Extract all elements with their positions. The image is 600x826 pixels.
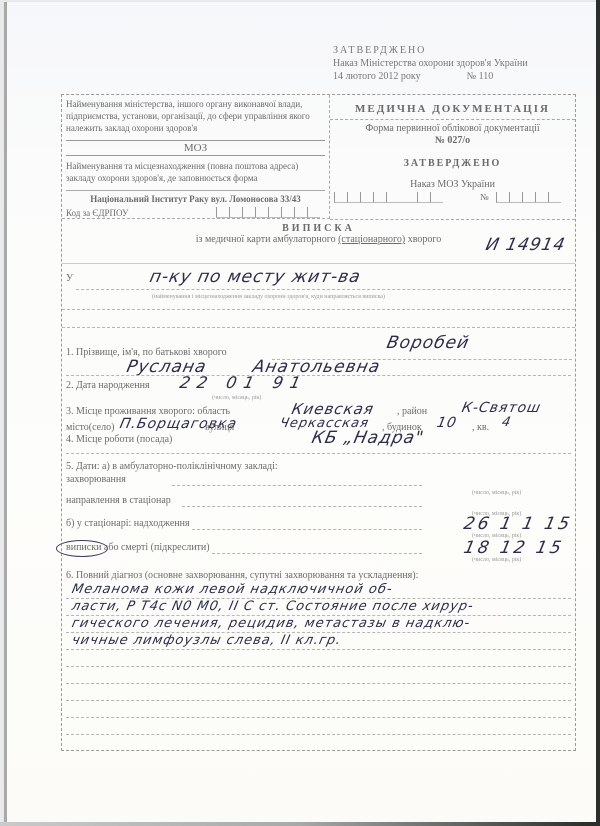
approval-stamp: ЗАТВЕРДЖЕНО Наказ Міністерства охорони з… bbox=[333, 44, 528, 83]
facility-label: Найменування та місцезнаходження (повна … bbox=[66, 160, 325, 184]
referral-label: направлення в стаціонар bbox=[66, 495, 171, 506]
diagnosis-line: чичные лимфоузлы слева, II кл.гр. bbox=[70, 632, 569, 649]
extract-subtitle-underlined: (стаціонарного) bbox=[338, 234, 405, 245]
extract-subtitle-suffix: хворого bbox=[405, 234, 441, 245]
work-value: КБ „Надра" bbox=[310, 428, 426, 448]
medical-docs-title: МЕДИЧНА ДОКУМЕНТАЦІЯ bbox=[330, 103, 575, 120]
form-number: № 027/о bbox=[330, 135, 575, 146]
illness-date-caption: (число, місяць, рік) bbox=[472, 490, 521, 496]
extract-main-title: ВИПИСКА bbox=[62, 223, 575, 234]
dob-label: 2. Дата народження bbox=[66, 380, 150, 391]
apt-label: , кв. bbox=[472, 422, 489, 433]
recipient-caption: (найменування і місцезнаходження закладу… bbox=[152, 294, 385, 300]
admission-date: 26 1 1 15 bbox=[462, 514, 574, 534]
form-approved: ЗАТВЕРДЖЕНО bbox=[330, 158, 575, 169]
edrpou-row: Код за ЄДРПОУ bbox=[66, 207, 325, 219]
dob-value: 22 01 91 bbox=[178, 373, 309, 392]
diagnosis-line: гического лечения, рецидив, метастазы в … bbox=[70, 615, 569, 632]
extract-subtitle-prefix: із медичної карти амбулаторного bbox=[196, 234, 338, 245]
apt-value: 4 bbox=[500, 415, 512, 430]
street-label: вулиця bbox=[205, 422, 234, 433]
facility-value: Національний Інститут Раку вул. Ломоносо… bbox=[66, 190, 325, 205]
district-label: , район bbox=[397, 406, 427, 417]
approval-date: 14 лютого 2012 року bbox=[333, 71, 421, 82]
institution-block: Найменування міністерства, іншого органу… bbox=[62, 95, 330, 219]
form-027o: Найменування міністерства, іншого органу… bbox=[61, 94, 576, 751]
scan-edge-right bbox=[596, 0, 600, 826]
discharge-date: 18 12 15 bbox=[462, 538, 566, 558]
patient-surname: Воробей bbox=[385, 333, 472, 353]
edrpou-boxes bbox=[216, 207, 320, 218]
illness-label: захворювання bbox=[66, 474, 126, 485]
edrpou-label: Код за ЄДРПОУ bbox=[66, 208, 128, 218]
diagnosis-line: Меланома кожи левой надключичной об- bbox=[70, 581, 569, 598]
form-info-block: МЕДИЧНА ДОКУМЕНТАЦІЯ Форма первинної обл… bbox=[330, 95, 575, 220]
admission-label: б) у стаціонарі: надходження bbox=[66, 518, 190, 529]
district-value: К-Святош bbox=[460, 400, 542, 416]
discharge-date-caption: (число, місяць, рік) bbox=[472, 557, 521, 563]
form-line: Форма первинної облікової документації bbox=[330, 123, 575, 134]
case-number: И 14914 bbox=[484, 235, 567, 255]
dates-section-label: 5. Дати: а) в амбулаторно-поліклінічному… bbox=[66, 461, 278, 472]
scan-edge-bottom bbox=[0, 822, 600, 826]
city-label: місто(село) bbox=[66, 422, 114, 433]
approval-number: № 110 bbox=[467, 70, 494, 83]
ministry-label: Найменування міністерства, іншого органу… bbox=[66, 98, 325, 134]
dob-caption: (число, місяць, рік) bbox=[212, 395, 261, 401]
ministry-value: МОЗ bbox=[66, 140, 325, 156]
recipient-value: п-ку по месту жит-ва bbox=[148, 267, 363, 287]
diagnosis-label: 6. Повний діагноз (основне захворювання,… bbox=[66, 570, 418, 581]
diagnosis-line: ласти, P T4c N0 M0, II C ст. Состояние п… bbox=[70, 598, 569, 615]
recipient-prefix: У bbox=[66, 273, 73, 284]
approval-title: ЗАТВЕРДЖЕНО bbox=[333, 44, 528, 57]
approval-order: Наказ Міністерства охорони здоров'я Укра… bbox=[333, 57, 528, 70]
order-number-sign: № bbox=[480, 192, 489, 202]
form-order: Наказ МОЗ України bbox=[330, 179, 575, 190]
work-label: 4. Місце роботи (посада) bbox=[66, 434, 172, 445]
house-value: 10 bbox=[435, 415, 458, 431]
discharge-label: виписки або смерті (підкреслити) bbox=[66, 542, 210, 553]
document-page: ЗАТВЕРДЖЕНО Наказ Міністерства охорони з… bbox=[4, 2, 599, 822]
